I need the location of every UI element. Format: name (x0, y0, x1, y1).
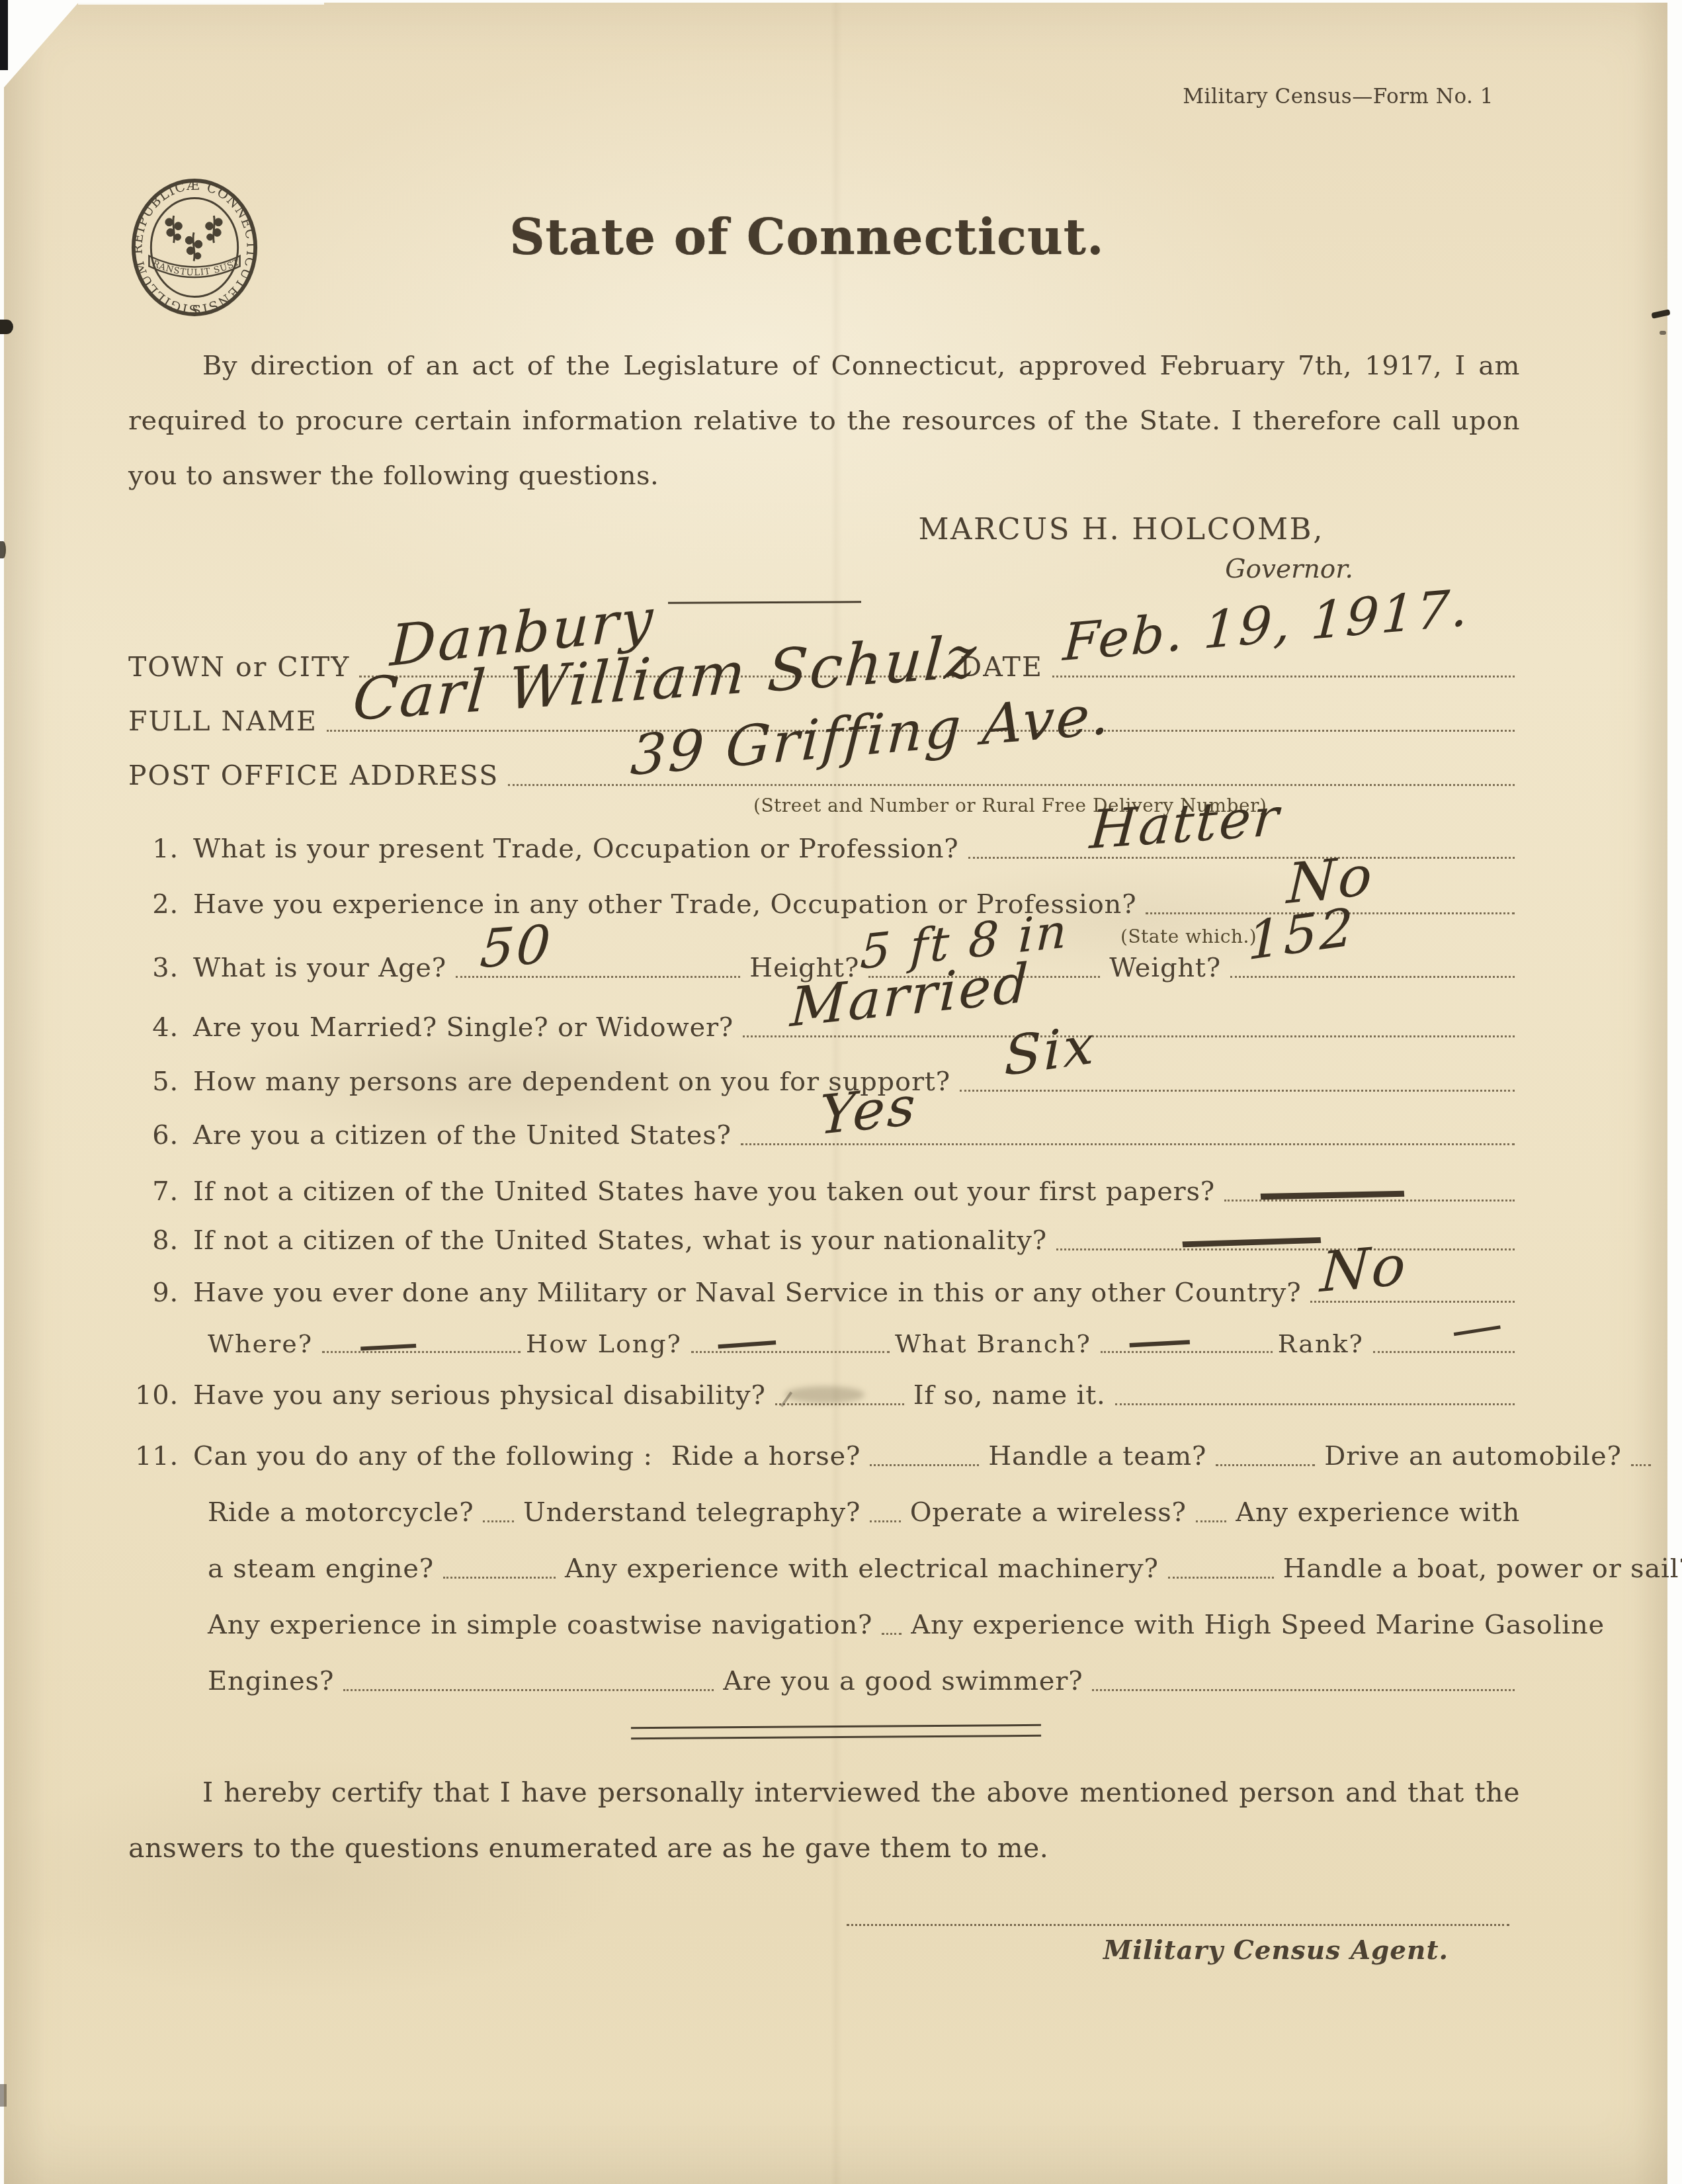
understand-telegraphy-label: Understand telegraphy? (523, 1497, 861, 1528)
full-name-label: FULL NAME (128, 705, 317, 737)
document-title: State of Connecticut. (509, 209, 1105, 266)
document-content: Military Census—Form No. 1 SIGILLUM REIP… (128, 0, 1520, 1966)
handwritten-answer: Yes (818, 1074, 918, 1147)
question-text: Are you a citizen of the United States? (193, 1120, 732, 1151)
steam-engine-label: a steam engine? (208, 1553, 434, 1584)
state-which-caption: (State which.) (1120, 926, 1257, 947)
question-text: What is your present Trade, Occupation o… (193, 834, 959, 864)
how-long-answer-line: — (691, 1344, 890, 1353)
ink-blot-artifact (0, 2084, 7, 2107)
governor-name: MARCUS H. HOLCOMB, (128, 511, 1520, 546)
answer-line (443, 1570, 556, 1579)
date-handwritten-value: Feb. 19, 1917. (1062, 578, 1472, 673)
answer-line: Married (743, 1029, 1515, 1037)
answer-line (882, 1626, 902, 1635)
handwritten-dash: — (358, 1341, 419, 1344)
question-text: Are you Married? Single? or Widower? (193, 1012, 734, 1043)
question-11-row-2: Ride a motorcycle? Understand telegraphy… (128, 1497, 1520, 1528)
question-8-row: 8. If not a citizen of the United States… (128, 1225, 1520, 1256)
ink-blot-artifact (0, 541, 6, 558)
question-number: 1. (128, 834, 179, 864)
coastwise-navigation-label: Any experience in simple coastwise navig… (208, 1610, 872, 1640)
branch-answer-line: — (1101, 1344, 1273, 1353)
governor-title: Governor. (128, 554, 1520, 584)
handwritten-age: 50 (478, 914, 554, 980)
handwritten-answer: No (1319, 1233, 1409, 1305)
question-number: 8. (128, 1225, 179, 1256)
double-rule-divider (631, 1724, 1041, 1739)
question-11-row-3: a steam engine? Any experience with elec… (128, 1553, 1520, 1584)
question-text: Have you any serious physical disability… (193, 1380, 766, 1411)
weight-label: Weight? (1109, 953, 1221, 983)
disability-name-line (1115, 1397, 1515, 1405)
handwritten-answer: Hatter (1088, 786, 1283, 861)
handwritten-dash: — (715, 1337, 779, 1342)
where-answer-line: — (322, 1344, 521, 1353)
service-detail-row: Where? — How Long? — What Branch? — Rank… (128, 1329, 1520, 1358)
question-text: If not a citizen of the United States ha… (193, 1176, 1215, 1207)
question-number: 11. (128, 1441, 179, 1471)
question-11-row-1: 11. Can you do any of the following : Ri… (128, 1441, 1520, 1471)
address-answer-line: 39 Griffing Ave. (508, 777, 1515, 786)
question-number: 3. (128, 953, 179, 983)
question-text: If not a citizen of the United States, w… (193, 1225, 1047, 1256)
agent-title-label: Military Census Agent. (128, 1935, 1520, 1966)
handwritten-dash: — (1451, 1323, 1503, 1331)
answer-line (870, 1458, 979, 1466)
ride-horse-label: Ride a horse? (671, 1441, 861, 1471)
how-long-label: How Long? (526, 1329, 682, 1358)
answer-line (1092, 1682, 1515, 1691)
question-number: 2. (128, 889, 179, 920)
question-text: What is your Age? (193, 953, 446, 983)
question-number: 4. (128, 1012, 179, 1043)
ink-blot-artifact (1660, 331, 1666, 335)
operate-wireless-label: Operate a wireless? (910, 1497, 1187, 1528)
scanner-edge-artifact (0, 0, 8, 70)
ink-blot-artifact (0, 320, 13, 334)
question-number: 6. (128, 1120, 179, 1151)
weight-answer-line: 152 (1230, 969, 1515, 978)
what-branch-label: What Branch? (895, 1329, 1091, 1358)
handwritten-answer: Six (1004, 1014, 1096, 1088)
handwritten-dash: — (1175, 1233, 1328, 1238)
age-answer-line: 50 (456, 969, 740, 978)
address-label: POST OFFICE ADDRESS (128, 760, 499, 791)
engines-label: Engines? (208, 1666, 334, 1696)
answer-line: — (1056, 1242, 1515, 1250)
question-number: 5. (128, 1067, 179, 1097)
agent-signature-line (847, 1924, 1509, 1926)
question-number: 7. (128, 1176, 179, 1207)
signature-row (128, 1898, 1520, 1933)
certification-text: I hereby certify that I have personally … (128, 1765, 1520, 1876)
answer-line (1631, 1458, 1651, 1466)
intro-paragraph: By direction of an act of the Legislatur… (128, 339, 1520, 503)
handwritten-dash: — (1126, 1337, 1193, 1340)
marine-gasoline-label: Any experience with High Speed Marine Ga… (911, 1610, 1605, 1640)
answer-line: Six (960, 1083, 1515, 1092)
rank-label: Rank? (1278, 1329, 1364, 1358)
question-4-row: 4. Are you Married? Single? or Widower? … (128, 1012, 1520, 1043)
scanned-document-page: Military Census—Form No. 1 SIGILLUM REIP… (0, 0, 1682, 2184)
answer-line (483, 1514, 514, 1522)
ride-motorcycle-label: Ride a motorcycle? (208, 1497, 474, 1528)
answer-line (1168, 1570, 1274, 1579)
answer-line (1196, 1514, 1227, 1522)
where-label: Where? (208, 1329, 313, 1358)
question-11-row-5: Engines? Are you a good swimmer? (128, 1666, 1520, 1696)
rank-answer-line: — (1373, 1344, 1515, 1353)
good-swimmer-label: Are you a good swimmer? (723, 1666, 1083, 1696)
answer-line (775, 1397, 904, 1405)
electrical-machinery-label: Any experience with electrical machinery… (565, 1553, 1159, 1584)
question-number: 9. (128, 1278, 179, 1308)
grapevines-icon (165, 216, 222, 261)
any-experience-with-label: Any experience with (1236, 1497, 1520, 1528)
date-answer-line: Feb. 19, 1917. (1052, 669, 1515, 677)
certification-section: I hereby certify that I have personally … (128, 1765, 1520, 1876)
address-row: POST OFFICE ADDRESS 39 Griffing Ave. (St… (128, 760, 1520, 791)
question-number: 10. (128, 1380, 179, 1411)
erased-answer-smudge (785, 1386, 864, 1403)
handle-boat-label: Handle a boat, power or sail? (1283, 1553, 1682, 1584)
question-10-row: 10. Have you any serious physical disabi… (128, 1380, 1520, 1411)
if-so-name-it-label: If so, name it. (913, 1380, 1106, 1411)
drive-automobile-label: Drive an automobile? (1324, 1441, 1621, 1471)
form-number-label: Military Census—Form No. 1 (1183, 85, 1493, 109)
question-11-row-4: Any experience in simple coastwise navig… (128, 1610, 1520, 1640)
connecticut-state-seal-icon: SIGILLUM REIPUBLICÆ CONNECTICUTENSIS (130, 176, 259, 319)
handle-team-label: Handle a team? (988, 1441, 1206, 1471)
question-text: Can you do any of the following : (193, 1441, 653, 1471)
answer-line (870, 1514, 901, 1522)
answer-line (343, 1682, 714, 1691)
answer-line (1216, 1458, 1315, 1466)
section-divider (668, 601, 861, 604)
question-9-row: 9. Have you ever done any Military or Na… (128, 1278, 1520, 1308)
town-label: TOWN or CITY (128, 651, 350, 683)
answer-line: Hatter (968, 850, 1515, 859)
